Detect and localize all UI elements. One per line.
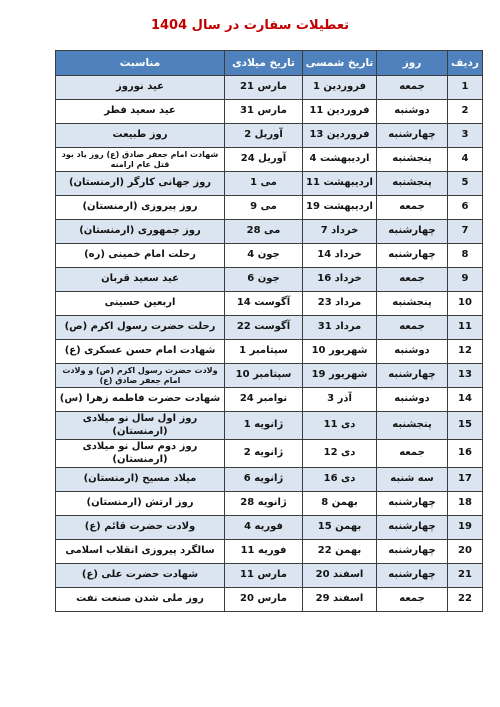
solar-date-cell: 4 اردیبهشت <box>303 148 377 172</box>
day-cell: جمعه <box>377 76 448 100</box>
day-cell: پنجشنبه <box>377 292 448 316</box>
table-row: 22جمعه29 اسفند20 مارسروز ملی شدن صنعت نف… <box>56 588 483 612</box>
occasion-cell: عید سعید فطر <box>56 100 225 124</box>
holiday-table-body: 1جمعه1 فروردین21 مارسعید نوروز2دوشنبه11 … <box>56 76 483 612</box>
gregorian-date-cell: 24 نوامبر <box>225 388 303 412</box>
solar-date-cell: 31 مرداد <box>303 316 377 340</box>
day-cell: چهارشنبه <box>377 220 448 244</box>
occasion-cell: میلاد مسیح (ارمنستان) <box>56 468 225 492</box>
occasion-cell: شهادت حضرت علی (ع) <box>56 564 225 588</box>
row-number-cell: 21 <box>448 564 483 588</box>
day-cell: چهارشنبه <box>377 244 448 268</box>
row-number-cell: 15 <box>448 412 483 440</box>
solar-date-cell: 8 بهمن <box>303 492 377 516</box>
occasion-cell: روز ملی شدن صنعت نفت <box>56 588 225 612</box>
gregorian-date-cell: 14 آگوست <box>225 292 303 316</box>
day-cell: چهارشنبه <box>377 564 448 588</box>
occasion-cell: رحلت امام خمینی (ره) <box>56 244 225 268</box>
col-header-occasion: مناسبت <box>56 51 225 76</box>
table-row: 2دوشنبه11 فروردین31 مارسعید سعید فطر <box>56 100 483 124</box>
solar-date-cell: 12 دی <box>303 440 377 468</box>
row-number-cell: 7 <box>448 220 483 244</box>
table-row: 12دوشنبه10 شهریور1 سپتامبرشهادت امام حسن… <box>56 340 483 364</box>
solar-date-cell: 3 آذر <box>303 388 377 412</box>
table-row: 1جمعه1 فروردین21 مارسعید نوروز <box>56 76 483 100</box>
solar-date-cell: 20 اسفند <box>303 564 377 588</box>
day-cell: چهارشنبه <box>377 492 448 516</box>
gregorian-date-cell: 10 سپتامبر <box>225 364 303 388</box>
day-cell: چهارشنبه <box>377 364 448 388</box>
row-number-cell: 10 <box>448 292 483 316</box>
occasion-cell: رحلت حضرت رسول اکرم (ص) <box>56 316 225 340</box>
gregorian-date-cell: 4 فوریه <box>225 516 303 540</box>
solar-date-cell: 22 بهمن <box>303 540 377 564</box>
gregorian-date-cell: 11 فوریه <box>225 540 303 564</box>
row-number-cell: 18 <box>448 492 483 516</box>
table-row: 15پنجشنبه11 دی1 ژانویهروز اول سال نو میل… <box>56 412 483 440</box>
day-cell: چهارشنبه <box>377 124 448 148</box>
solar-date-cell: 11 اردیبهشت <box>303 172 377 196</box>
row-number-cell: 13 <box>448 364 483 388</box>
day-cell: پنجشنبه <box>377 148 448 172</box>
table-row: 13چهارشنبه19 شهریور10 سپتامبرولادت حضرت … <box>56 364 483 388</box>
row-number-cell: 4 <box>448 148 483 172</box>
table-row: 21چهارشنبه20 اسفند11 مارسشهادت حضرت علی … <box>56 564 483 588</box>
day-cell: جمعه <box>377 268 448 292</box>
table-row: 7چهارشنبه7 خرداد28 میروز جمهوری (ارمنستا… <box>56 220 483 244</box>
occasion-cell: اربعین حسینی <box>56 292 225 316</box>
solar-date-cell: 14 خرداد <box>303 244 377 268</box>
table-row: 3چهارشنبه13 فروردین2 آوریلروز طبیعت <box>56 124 483 148</box>
occasion-cell: روز دوم سال نو میلادی (ارمنستان) <box>56 440 225 468</box>
table-row: 16جمعه12 دی2 ژانویهروز دوم سال نو میلادی… <box>56 440 483 468</box>
day-cell: جمعه <box>377 440 448 468</box>
document-page: تعطیلات سفارت در سال 1404 ردیف روز تاریخ… <box>0 0 500 707</box>
table-row: 6جمعه19 اردیبهشت9 میروز پیروزی (ارمنستان… <box>56 196 483 220</box>
row-number-cell: 9 <box>448 268 483 292</box>
occasion-cell: روز ارتش (ارمنستان) <box>56 492 225 516</box>
page-title: تعطیلات سفارت در سال 1404 <box>0 0 500 33</box>
occasion-cell: ولادت حضرت رسول اکرم (ص) و ولادت امام جع… <box>56 364 225 388</box>
table-header: ردیف روز تاریخ شمسی تاریخ میلادی مناسبت <box>56 51 483 76</box>
solar-date-cell: 19 شهریور <box>303 364 377 388</box>
occasion-cell: روز طبیعت <box>56 124 225 148</box>
gregorian-date-cell: 1 می <box>225 172 303 196</box>
row-number-cell: 3 <box>448 124 483 148</box>
solar-date-cell: 16 دی <box>303 468 377 492</box>
table-row: 4پنجشنبه4 اردیبهشت24 آوریلشهادت امام جعف… <box>56 148 483 172</box>
row-number-cell: 16 <box>448 440 483 468</box>
occasion-cell: ولادت حضرت قائم (ع) <box>56 516 225 540</box>
solar-date-cell: 16 خرداد <box>303 268 377 292</box>
table-row: 5پنجشنبه11 اردیبهشت1 میروز جهانی کارگر (… <box>56 172 483 196</box>
solar-date-cell: 11 دی <box>303 412 377 440</box>
row-number-cell: 12 <box>448 340 483 364</box>
day-cell: دوشنبه <box>377 388 448 412</box>
table-row: 18چهارشنبه8 بهمن28 ژانویهروز ارتش (ارمنس… <box>56 492 483 516</box>
col-header-row-number: ردیف <box>448 51 483 76</box>
row-number-cell: 2 <box>448 100 483 124</box>
occasion-cell: سالگرد پیروزی انقلاب اسلامی <box>56 540 225 564</box>
day-cell: پنجشنبه <box>377 172 448 196</box>
occasion-cell: شهادت امام جعفر صادق (ع) روز یاد بود قتل… <box>56 148 225 172</box>
occasion-cell: شهادت امام حسن عسکری (ع) <box>56 340 225 364</box>
table-row: 10پنجشنبه23 مرداد14 آگوستاربعین حسینی <box>56 292 483 316</box>
gregorian-date-cell: 1 سپتامبر <box>225 340 303 364</box>
occasion-cell: روز جهانی کارگر (ارمنستان) <box>56 172 225 196</box>
day-cell: سه شنبه <box>377 468 448 492</box>
gregorian-date-cell: 6 ژانویه <box>225 468 303 492</box>
row-number-cell: 6 <box>448 196 483 220</box>
occasion-cell: شهادت حضرت فاطمه زهرا (س) <box>56 388 225 412</box>
solar-date-cell: 1 فروردین <box>303 76 377 100</box>
gregorian-date-cell: 31 مارس <box>225 100 303 124</box>
occasion-cell: عید نوروز <box>56 76 225 100</box>
col-header-gregorian-date: تاریخ میلادی <box>225 51 303 76</box>
row-number-cell: 19 <box>448 516 483 540</box>
solar-date-cell: 29 اسفند <box>303 588 377 612</box>
table-row: 9جمعه16 خرداد6 جونعید سعید قربان <box>56 268 483 292</box>
gregorian-date-cell: 28 می <box>225 220 303 244</box>
row-number-cell: 5 <box>448 172 483 196</box>
day-cell: جمعه <box>377 196 448 220</box>
gregorian-date-cell: 4 جون <box>225 244 303 268</box>
solar-date-cell: 13 فروردین <box>303 124 377 148</box>
table-row: 20چهارشنبه22 بهمن11 فوریهسالگرد پیروزی ا… <box>56 540 483 564</box>
day-cell: دوشنبه <box>377 340 448 364</box>
day-cell: پنجشنبه <box>377 412 448 440</box>
solar-date-cell: 23 مرداد <box>303 292 377 316</box>
row-number-cell: 1 <box>448 76 483 100</box>
occasion-cell: عید سعید قربان <box>56 268 225 292</box>
gregorian-date-cell: 2 آوریل <box>225 124 303 148</box>
table-row: 14دوشنبه3 آذر24 نوامبرشهادت حضرت فاطمه ز… <box>56 388 483 412</box>
day-cell: جمعه <box>377 588 448 612</box>
table-row: 17سه شنبه16 دی6 ژانویهمیلاد مسیح (ارمنست… <box>56 468 483 492</box>
row-number-cell: 22 <box>448 588 483 612</box>
solar-date-cell: 19 اردیبهشت <box>303 196 377 220</box>
gregorian-date-cell: 22 آگوست <box>225 316 303 340</box>
solar-date-cell: 10 شهریور <box>303 340 377 364</box>
occasion-cell: روز اول سال نو میلادی (ارمنستان) <box>56 412 225 440</box>
day-cell: چهارشنبه <box>377 540 448 564</box>
solar-date-cell: 11 فروردین <box>303 100 377 124</box>
gregorian-date-cell: 21 مارس <box>225 76 303 100</box>
gregorian-date-cell: 1 ژانویه <box>225 412 303 440</box>
col-header-solar-date: تاریخ شمسی <box>303 51 377 76</box>
occasion-cell: روز پیروزی (ارمنستان) <box>56 196 225 220</box>
row-number-cell: 17 <box>448 468 483 492</box>
gregorian-date-cell: 2 ژانویه <box>225 440 303 468</box>
row-number-cell: 20 <box>448 540 483 564</box>
day-cell: چهارشنبه <box>377 516 448 540</box>
gregorian-date-cell: 11 مارس <box>225 564 303 588</box>
col-header-day: روز <box>377 51 448 76</box>
day-cell: دوشنبه <box>377 100 448 124</box>
gregorian-date-cell: 28 ژانویه <box>225 492 303 516</box>
row-number-cell: 11 <box>448 316 483 340</box>
table-row: 11جمعه31 مرداد22 آگوسترحلت حضرت رسول اکر… <box>56 316 483 340</box>
table-row: 8چهارشنبه14 خرداد4 جونرحلت امام خمینی (ر… <box>56 244 483 268</box>
row-number-cell: 14 <box>448 388 483 412</box>
table-row: 19چهارشنبه15 بهمن4 فوریهولادت حضرت قائم … <box>56 516 483 540</box>
gregorian-date-cell: 9 می <box>225 196 303 220</box>
gregorian-date-cell: 20 مارس <box>225 588 303 612</box>
day-cell: جمعه <box>377 316 448 340</box>
row-number-cell: 8 <box>448 244 483 268</box>
holiday-table: ردیف روز تاریخ شمسی تاریخ میلادی مناسبت … <box>55 50 483 612</box>
solar-date-cell: 15 بهمن <box>303 516 377 540</box>
solar-date-cell: 7 خرداد <box>303 220 377 244</box>
gregorian-date-cell: 24 آوریل <box>225 148 303 172</box>
gregorian-date-cell: 6 جون <box>225 268 303 292</box>
occasion-cell: روز جمهوری (ارمنستان) <box>56 220 225 244</box>
